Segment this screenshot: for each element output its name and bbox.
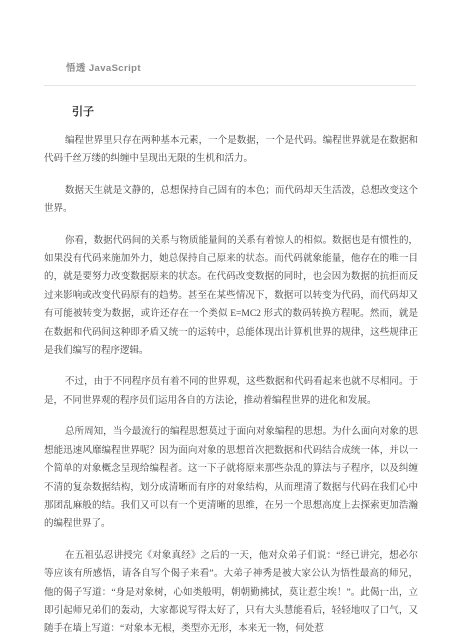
document-body: 编程世界里只存在两种基本元素，一个是数据，一个是代码。编程世界就是在数据和代码千… [44,128,418,639]
document-title: 悟透 JavaScript [66,60,141,74]
paragraph: 编程世界里只存在两种基本元素，一个是数据，一个是代码。编程世界就是在数据和代码千… [44,132,418,169]
document-page: 悟透 JavaScript 引子 编程世界里只存在两种基本元素，一个是数据，一个… [0,0,452,640]
paragraph: 不过，由于不同程序员有着不同的世界观，这些数据和代码看起来也就不尽相同。于是，不… [44,373,418,410]
paragraph: 数据天生就是文静的，总想保持自己固有的本色；而代码却天生活泼，总想改变这个世界。 [44,182,418,219]
paragraph: 在五祖弘忍讲授完《对象真经》之后的一天，他对众弟子们说：“经已讲完，想必尔等应该… [44,547,418,639]
page-number: 1 [379,588,384,598]
paragraph: 你看，数据代码间的关系与物质能量间的关系有着惊人的相似。数据也是有惯性的，如果没… [44,232,418,361]
section-heading: 引子 [72,103,94,119]
document-header: 悟透 JavaScript [44,58,416,86]
paragraph: 总所周知，当今最流行的编程思想莫过于面向对象编程的思想。为什么面向对象的思想能迅… [44,423,418,533]
